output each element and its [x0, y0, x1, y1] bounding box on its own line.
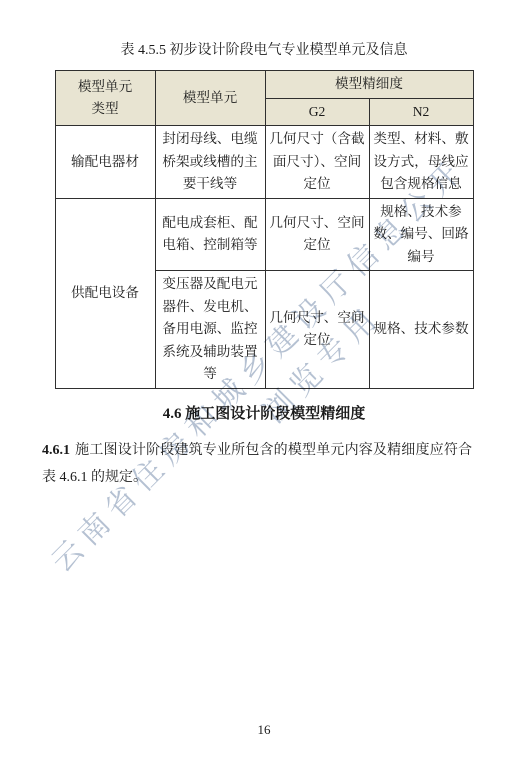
cell-model-unit: 变压器及配电元器件、发电机、备用电源、监控系统及辅助装置等 [155, 271, 265, 389]
cell-model-unit: 封闭母线、电缆桥架或线槽的主要干线等 [155, 126, 265, 199]
cell-n2-value: 规格、技术参数 [369, 271, 473, 389]
cell-unit-type: 输配电器材 [55, 126, 155, 199]
section-heading: 4.6 施工图设计阶段模型精细度 [0, 402, 528, 426]
document-page: 云南省住房和城乡建设厅信息公开 浏览专用 表 4.5.5 初步设计阶段电气专业模… [0, 0, 528, 767]
cell-n2-value: 规格、技术参数、编号、回路编号 [369, 198, 473, 271]
cell-g2-value: 几何尺寸（含截面尺寸）、空间定位 [265, 126, 369, 199]
page-number: 16 [0, 722, 528, 738]
clause-paragraph: 4.6.1施工图设计阶段建筑专业所包含的模型单元内容及精细度应符合表 4.6.1… [42, 437, 472, 491]
header-n2: N2 [369, 98, 473, 126]
header-model-unit: 模型单元 [155, 71, 265, 126]
clause-number: 4.6.1 [42, 443, 70, 458]
table-caption: 表 4.5.5 初步设计阶段电气专业模型单元及信息 [0, 0, 528, 62]
header-model-unit-type: 模型单元 类型 [55, 71, 155, 126]
table-row: 输配电器材 封闭母线、电缆桥架或线槽的主要干线等 几何尺寸（含截面尺寸）、空间定… [55, 126, 473, 199]
header-model-lod-group: 模型精细度 [265, 71, 473, 99]
cell-g2-value: 几何尺寸、空间定位 [265, 271, 369, 389]
cell-model-unit: 配电成套柜、配电箱、控制箱等 [155, 198, 265, 271]
header-g2: G2 [265, 98, 369, 126]
table-row: 供配电设备 配电成套柜、配电箱、控制箱等 几何尺寸、空间定位 规格、技术参数、编… [55, 198, 473, 271]
cell-g2-value: 几何尺寸、空间定位 [265, 198, 369, 271]
clause-text: 施工图设计阶段建筑专业所包含的模型单元内容及精细度应符合表 4.6.1 的规定。 [42, 443, 472, 485]
cell-unit-type: 供配电设备 [55, 198, 155, 388]
table-header-row: 模型单元 类型 模型单元 模型精细度 [55, 71, 473, 99]
cell-n2-value: 类型、材料、敷设方式，母线应包含规格信息 [369, 126, 473, 199]
model-unit-info-table: 模型单元 类型 模型单元 模型精细度 G2 N2 输配电器材 封闭母线、电缆桥架… [55, 70, 474, 389]
